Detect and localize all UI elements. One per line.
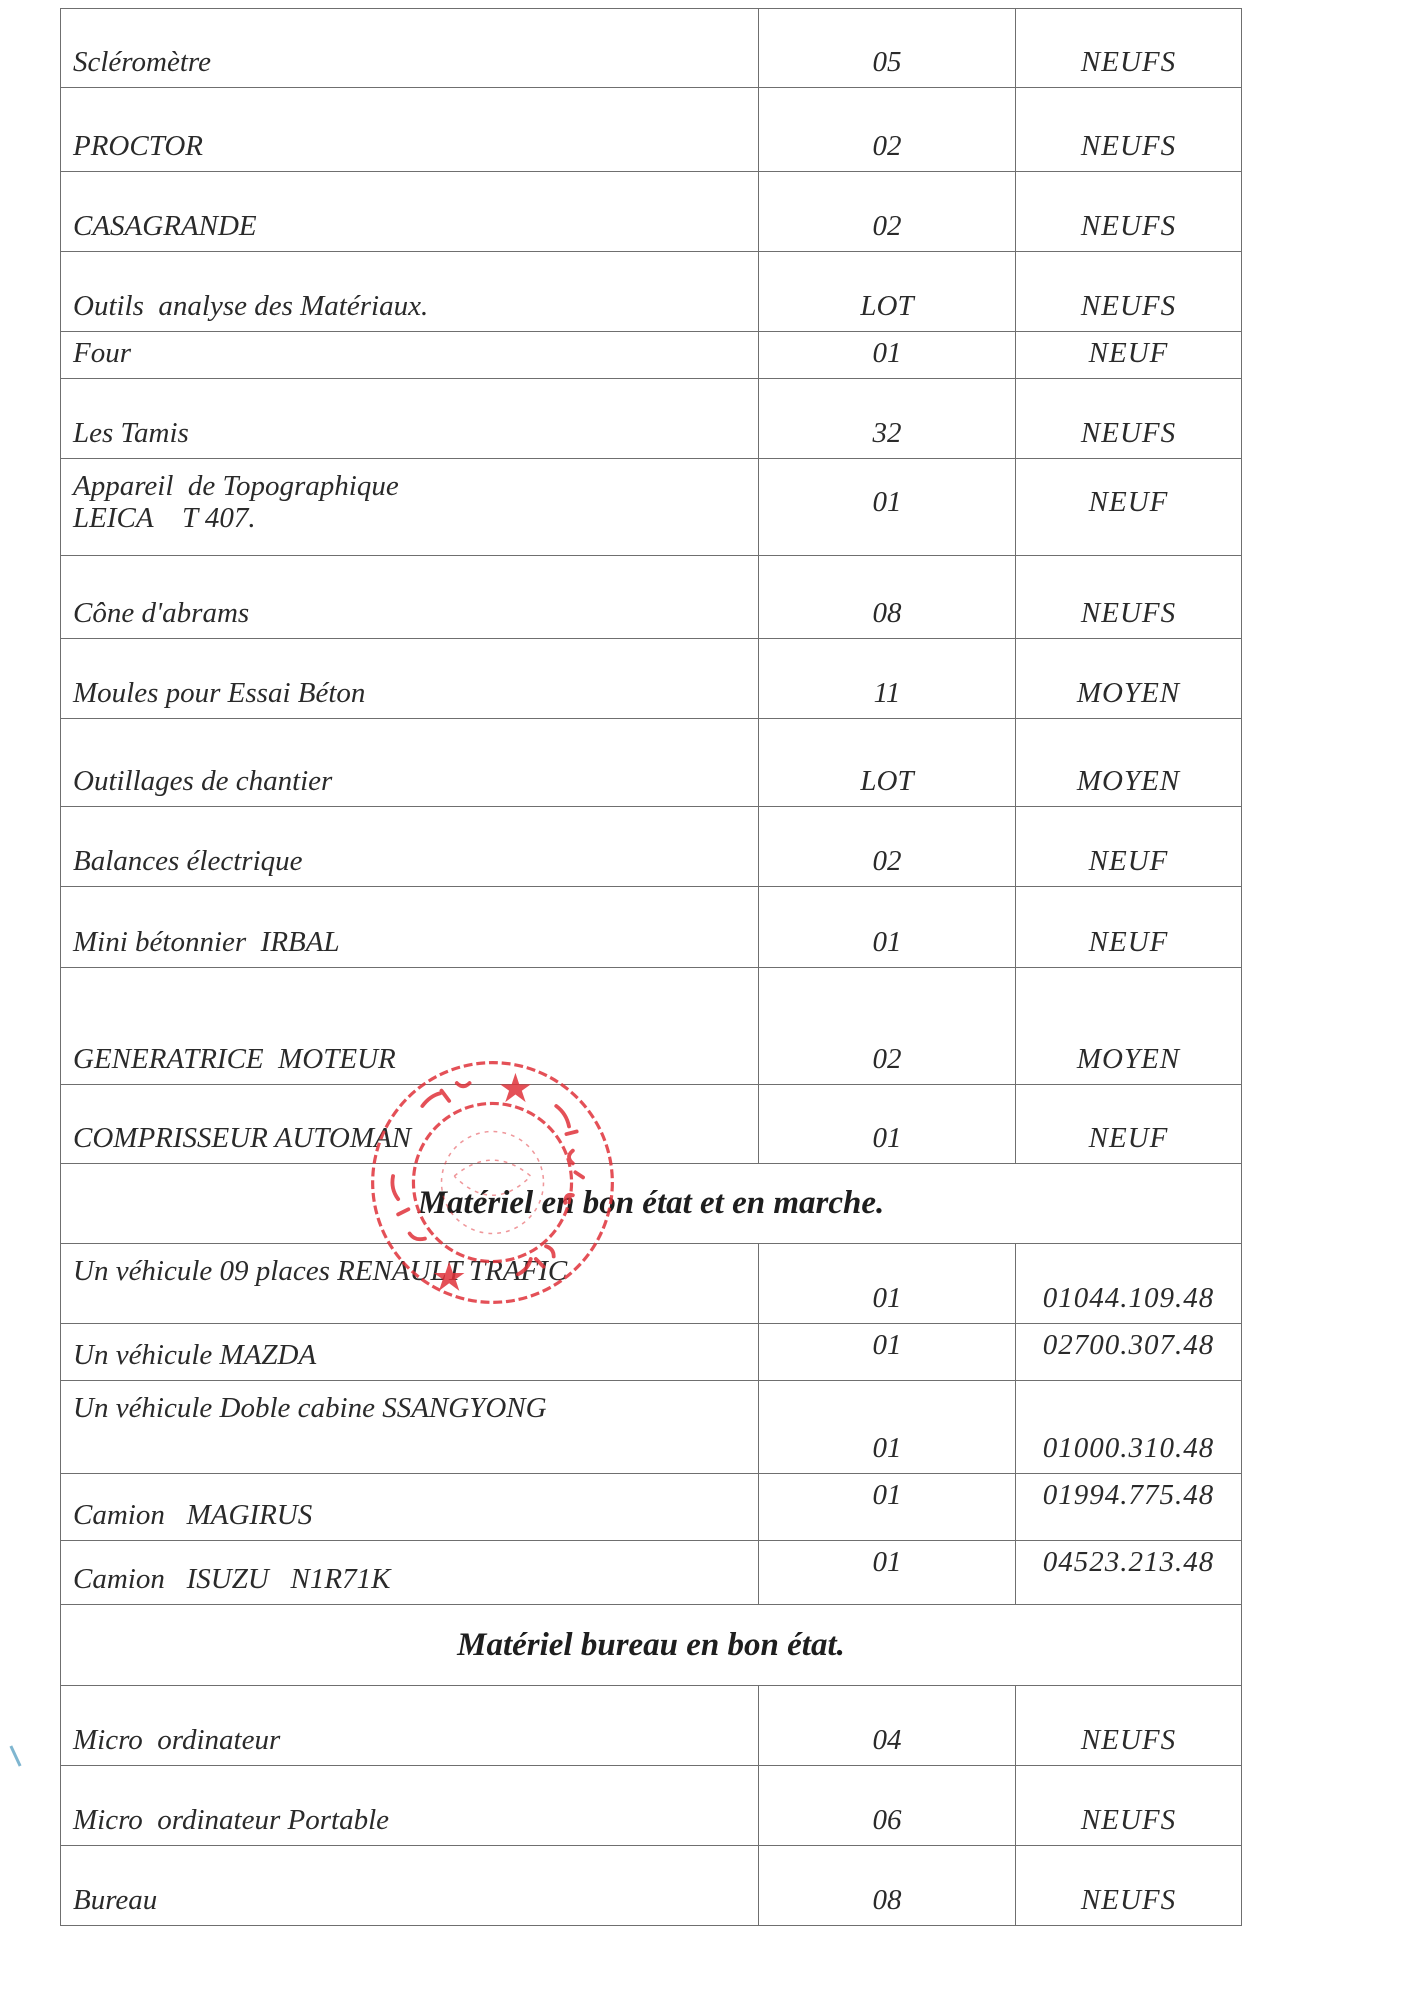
- condition-cell: NEUFS: [1016, 1766, 1242, 1846]
- item-name: Micro ordinateur Portable: [73, 1805, 748, 1837]
- condition-cell: NEUFS: [1016, 88, 1242, 172]
- item-name-cell: Moules pour Essai Béton: [61, 639, 759, 719]
- scanned-page: Scléromètre05NEUFSPROCTOR02NEUFSCASAGRAN…: [0, 0, 1407, 2012]
- quantity-cell: 01: [759, 332, 1016, 379]
- table-row: Mini bétonnier IRBAL01NEUF: [61, 887, 1242, 968]
- item-name-cell: Outillages de chantier: [61, 719, 759, 807]
- condition-cell: NEUFS: [1016, 556, 1242, 639]
- table-row: Moules pour Essai Béton11MOYEN: [61, 639, 1242, 719]
- equipment-inventory-table: Scléromètre05NEUFSPROCTOR02NEUFSCASAGRAN…: [60, 8, 1242, 1926]
- quantity-cell: 08: [759, 556, 1016, 639]
- condition-cell: NEUF: [1016, 332, 1242, 379]
- item-name-cell: Mini bétonnier IRBAL: [61, 887, 759, 968]
- item-name-cell: PROCTOR: [61, 88, 759, 172]
- table-row: Cône d'abrams08NEUFS: [61, 556, 1242, 639]
- item-name-cell: Micro ordinateur: [61, 1686, 759, 1766]
- registration-cell: 01994.775.48: [1016, 1474, 1242, 1541]
- quantity-cell: 01: [759, 1244, 1016, 1324]
- table-row: Outillages de chantierLOTMOYEN: [61, 719, 1242, 807]
- quantity-cell: 01: [759, 1474, 1016, 1541]
- table-row: Scléromètre05NEUFS: [61, 9, 1242, 88]
- item-name: Balances électrique: [73, 846, 748, 878]
- item-name-cell: Appareil de TopographiqueLEICA T 407.: [61, 459, 759, 556]
- registration-cell: 04523.213.48: [1016, 1541, 1242, 1605]
- item-name-cell: Camion ISUZU N1R71K: [61, 1541, 759, 1605]
- item-name-cell: Un véhicule 09 places RENAULT TRAFIC: [61, 1244, 759, 1324]
- condition-cell: NEUFS: [1016, 9, 1242, 88]
- table-row: PROCTOR02NEUFS: [61, 88, 1242, 172]
- item-name: Bureau: [73, 1885, 748, 1917]
- item-name: Four: [73, 338, 748, 370]
- table-row: Camion ISUZU N1R71K0104523.213.48: [61, 1541, 1242, 1605]
- condition-cell: NEUFS: [1016, 172, 1242, 252]
- item-name-cell: Scléromètre: [61, 9, 759, 88]
- table-row: Micro ordinateur Portable06NEUFS: [61, 1766, 1242, 1846]
- condition-cell: NEUFS: [1016, 379, 1242, 459]
- quantity-cell: 01: [759, 459, 1016, 556]
- quantity-cell: 32: [759, 379, 1016, 459]
- item-name-cell: Camion MAGIRUS: [61, 1474, 759, 1541]
- item-name: Les Tamis: [73, 418, 748, 450]
- item-name-cell: Un véhicule Doble cabine SSANGYONG: [61, 1381, 759, 1474]
- item-name: Scléromètre: [73, 47, 748, 79]
- quantity-cell: 11: [759, 639, 1016, 719]
- item-name: Camion MAGIRUS: [73, 1500, 748, 1532]
- item-name-cell: GENERATRICE MOTEUR: [61, 968, 759, 1085]
- table-row: Camion MAGIRUS0101994.775.48: [61, 1474, 1242, 1541]
- item-name-cell: Balances électrique: [61, 807, 759, 887]
- quantity-cell: 01: [759, 1085, 1016, 1164]
- condition-cell: NEUF: [1016, 1085, 1242, 1164]
- quantity-cell: 02: [759, 172, 1016, 252]
- table-row: GENERATRICE MOTEUR02MOYEN: [61, 968, 1242, 1085]
- table-row: Un véhicule Doble cabine SSANGYONG010100…: [61, 1381, 1242, 1474]
- table-row: Bureau08NEUFS: [61, 1846, 1242, 1926]
- quantity-cell: 06: [759, 1766, 1016, 1846]
- item-name: Outillages de chantier: [73, 766, 748, 798]
- quantity-cell: LOT: [759, 252, 1016, 332]
- item-name: Un véhicule MAZDA: [73, 1340, 748, 1372]
- item-name: Cône d'abrams: [73, 598, 748, 630]
- table-row: CASAGRANDE02NEUFS: [61, 172, 1242, 252]
- item-name-cell: Un véhicule MAZDA: [61, 1324, 759, 1381]
- registration-cell: 01000.310.48: [1016, 1381, 1242, 1474]
- item-name: COMPRISSEUR AUTOMAN: [73, 1123, 748, 1155]
- condition-cell: NEUF: [1016, 807, 1242, 887]
- item-name-cell: Les Tamis: [61, 379, 759, 459]
- table-row: Les Tamis32NEUFS: [61, 379, 1242, 459]
- section-header-row: Matériel en bon état et en marche.: [61, 1164, 1242, 1244]
- item-name-cell: Outils analyse des Matériaux.: [61, 252, 759, 332]
- quantity-cell: 01: [759, 887, 1016, 968]
- item-name: CASAGRANDE: [73, 211, 748, 243]
- item-name-cell: Bureau: [61, 1846, 759, 1926]
- condition-cell: NEUF: [1016, 459, 1242, 556]
- table-row: Micro ordinateur04NEUFS: [61, 1686, 1242, 1766]
- quantity-cell: 02: [759, 968, 1016, 1085]
- condition-cell: NEUFS: [1016, 1686, 1242, 1766]
- quantity-cell: 05: [759, 9, 1016, 88]
- table-row: Un véhicule MAZDA0102700.307.48: [61, 1324, 1242, 1381]
- table-row: Four01NEUF: [61, 332, 1242, 379]
- item-name-cell: Cône d'abrams: [61, 556, 759, 639]
- item-name: Outils analyse des Matériaux.: [73, 291, 748, 323]
- quantity-cell: 04: [759, 1686, 1016, 1766]
- item-name-cell: Micro ordinateur Portable: [61, 1766, 759, 1846]
- item-name-cell: COMPRISSEUR AUTOMAN: [61, 1085, 759, 1164]
- quantity-cell: 01: [759, 1324, 1016, 1381]
- item-name: Camion ISUZU N1R71K: [73, 1564, 748, 1596]
- quantity-cell: 01: [759, 1541, 1016, 1605]
- table-row: Outils analyse des Matériaux.LOTNEUFS: [61, 252, 1242, 332]
- table-row: Appareil de TopographiqueLEICA T 407.01N…: [61, 459, 1242, 556]
- condition-cell: MOYEN: [1016, 639, 1242, 719]
- scan-mark: [9, 1745, 21, 1766]
- item-name-cell: Four: [61, 332, 759, 379]
- table-row: COMPRISSEUR AUTOMAN01NEUF: [61, 1085, 1242, 1164]
- item-name: Un véhicule 09 places RENAULT TRAFIC: [73, 1256, 748, 1288]
- item-name: Mini bétonnier IRBAL: [73, 927, 748, 959]
- quantity-cell: 01: [759, 1381, 1016, 1474]
- condition-cell: MOYEN: [1016, 968, 1242, 1085]
- registration-cell: 01044.109.48: [1016, 1244, 1242, 1324]
- quantity-cell: 08: [759, 1846, 1016, 1926]
- item-name: PROCTOR: [73, 131, 748, 163]
- table-row: Balances électrique02NEUF: [61, 807, 1242, 887]
- item-name-line2: LEICA T 407.: [73, 503, 748, 535]
- condition-cell: MOYEN: [1016, 719, 1242, 807]
- registration-cell: 02700.307.48: [1016, 1324, 1242, 1381]
- item-name-cell: CASAGRANDE: [61, 172, 759, 252]
- condition-cell: NEUF: [1016, 887, 1242, 968]
- section-header-row: Matériel bureau en bon état.: [61, 1605, 1242, 1686]
- item-name: Appareil de Topographique: [73, 471, 748, 503]
- condition-cell: NEUFS: [1016, 252, 1242, 332]
- section-title: Matériel bureau en bon état.: [61, 1605, 1242, 1686]
- item-name: Moules pour Essai Béton: [73, 678, 748, 710]
- quantity-cell: 02: [759, 88, 1016, 172]
- item-name: Micro ordinateur: [73, 1725, 748, 1757]
- quantity-cell: 02: [759, 807, 1016, 887]
- table-row: Un véhicule 09 places RENAULT TRAFIC0101…: [61, 1244, 1242, 1324]
- quantity-cell: LOT: [759, 719, 1016, 807]
- item-name: GENERATRICE MOTEUR: [73, 1044, 748, 1076]
- item-name: Un véhicule Doble cabine SSANGYONG: [73, 1393, 748, 1425]
- section-title: Matériel en bon état et en marche.: [61, 1164, 1242, 1244]
- condition-cell: NEUFS: [1016, 1846, 1242, 1926]
